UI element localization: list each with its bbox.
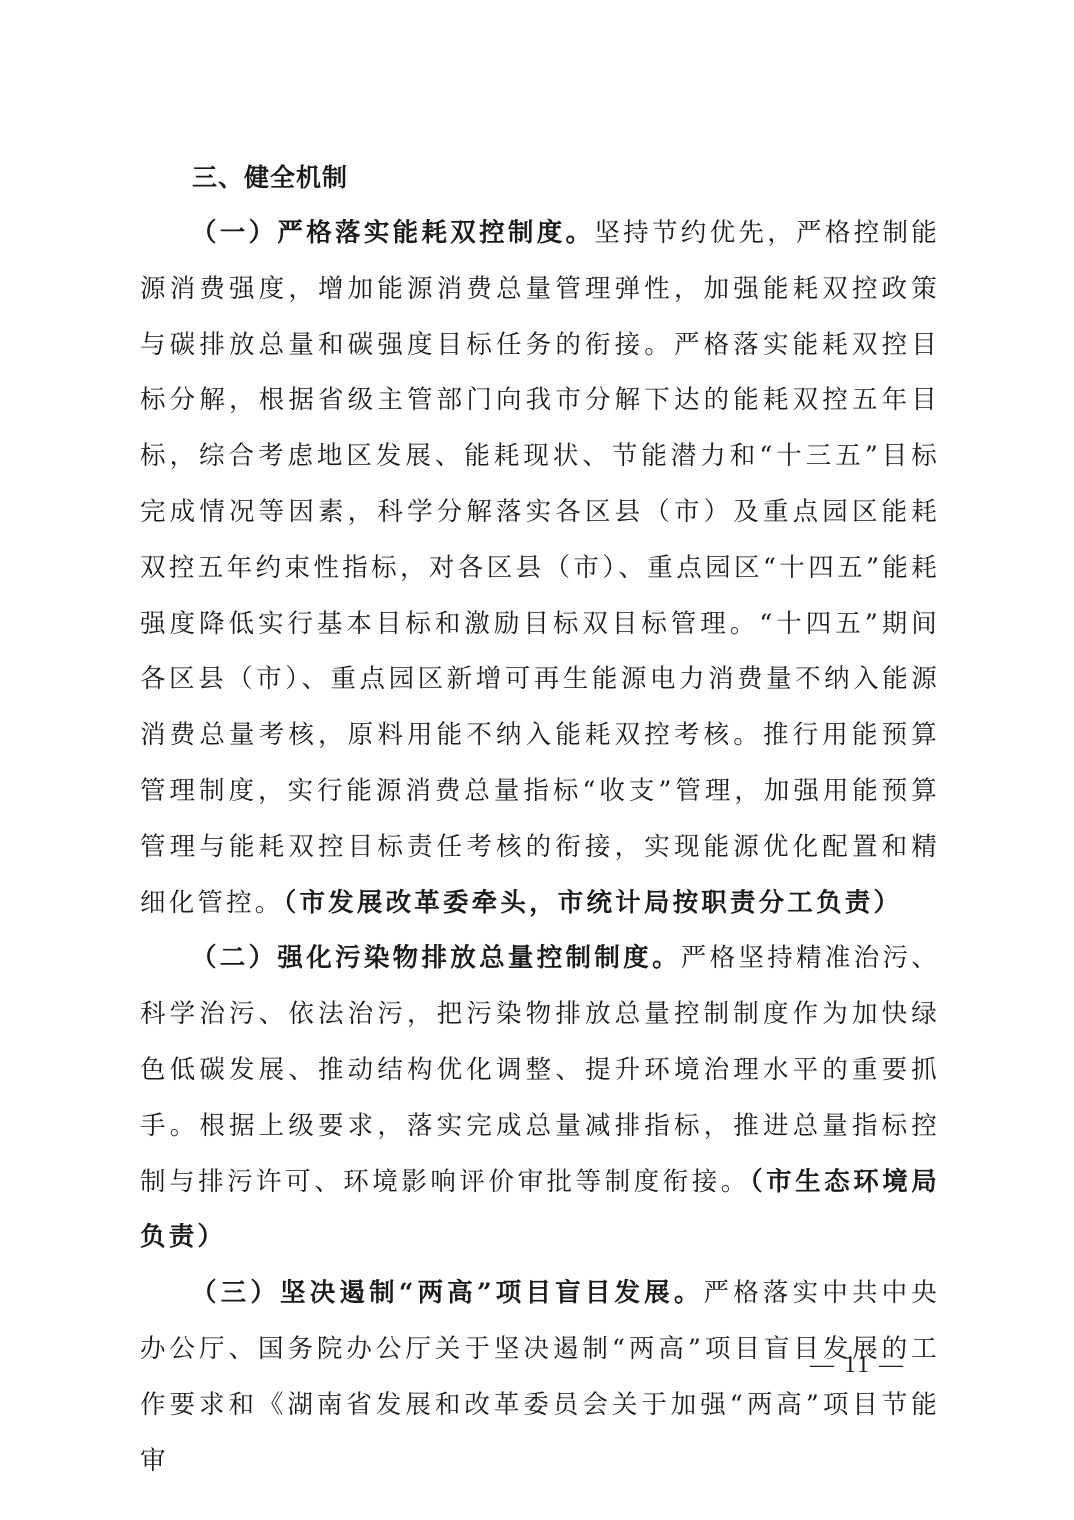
document-page: 三、健全机制 （一）严格落实能耗双控制度。坚持节约优先，严格控制能源消费强度，增…: [140, 150, 940, 1489]
paragraph-2-body: 严格坚持精准治污、科学治污、依法治污，把污染物排放总量控制制度作为加快绿色低碳发…: [140, 943, 940, 1196]
paragraph-1: （一）严格落实能耗双控制度。坚持节约优先，严格控制能源消费强度，增加能源消费总量…: [140, 206, 940, 931]
section-heading: 三、健全机制: [140, 150, 940, 206]
paragraph-1-responsibility: （市发展改革委牵头，市统计局按职责分工负责）: [284, 888, 903, 918]
paragraph-2: （二）强化污染物排放总量控制制度。严格坚持精准治污、科学治污、依法治污，把污染物…: [140, 931, 940, 1266]
paragraph-2-lead: （二）强化污染物排放总量控制制度。: [191, 943, 681, 973]
paragraph-1-lead: （一）严格落实能耗双控制度。: [191, 218, 594, 248]
page-number: — 11 —: [810, 1352, 905, 1379]
paragraph-3-lead: （三）坚决遏制“两高”项目盲目发展。: [191, 1278, 704, 1308]
paragraph-1-body: 坚持节约优先，严格控制能源消费强度，增加能源消费总量管理弹性，加强能耗双控政策与…: [140, 218, 940, 918]
